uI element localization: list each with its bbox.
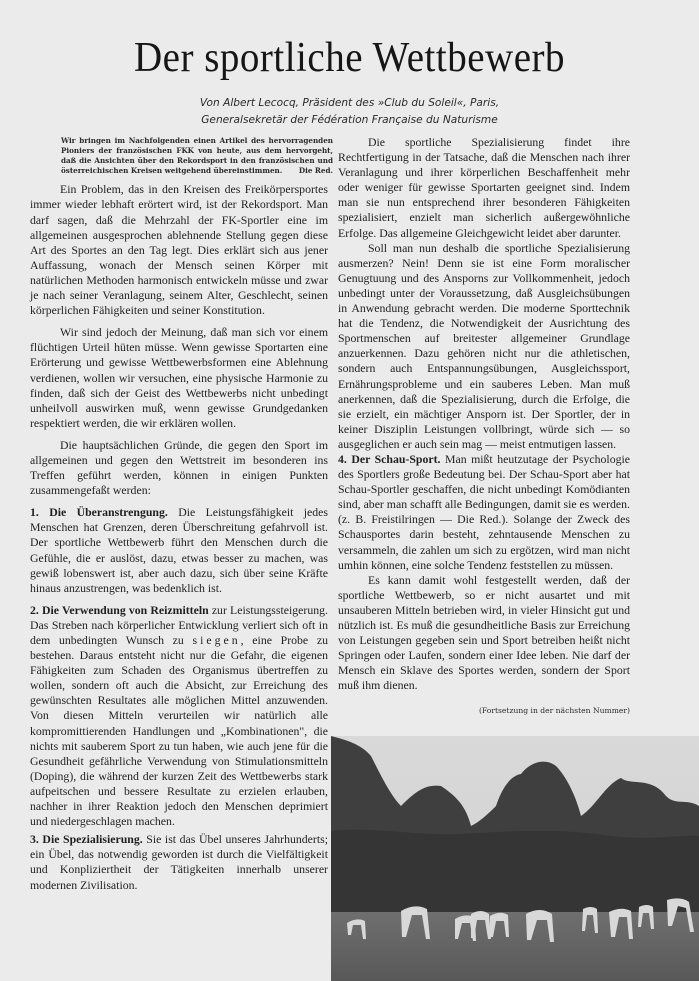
magazine-page: Der sportliche Wettbewerb Von Albert Lec… [0, 0, 699, 981]
article-byline: Von Albert Lecocq, Präsident des »Club d… [0, 95, 699, 129]
point-2-heading: 2. Die Verwendung von Reizmitteln [30, 603, 209, 617]
paragraph: Es kann damit wohl festgestellt werden, … [338, 573, 630, 694]
point-2-text-cont: , eine Probe zu bestehen. Daraus entsteh… [30, 633, 328, 828]
continued-note: (Fortsetzung in der nächsten Nummer) [338, 703, 630, 718]
editor-note: Wir bringen im Nachfolgenden einen Artik… [61, 136, 333, 176]
point-2-emphasis: siegen [193, 633, 241, 647]
byline-line-2: Generalsekretär der Fédération Française… [0, 112, 699, 129]
paragraph: Ein Problem, das in den Kreisen des Frei… [30, 182, 328, 318]
byline-line-1: Von Albert Lecocq, Präsident des »Club d… [0, 95, 699, 112]
paragraph: Soll man nun deshalb die sportliche Spez… [338, 241, 630, 452]
right-column: Die sportliche Spezialisierung findet ih… [338, 135, 630, 719]
point-2: 2. Die Verwendung von Reizmitteln zur Le… [30, 603, 328, 829]
point-3: 3. Die Spezialisierung. Sie ist das Übel… [30, 832, 328, 892]
editor-note-text: Wir bringen im Nachfolgenden einen Artik… [61, 136, 333, 175]
point-3-heading: 3. Die Spezialisierung. [30, 832, 143, 846]
paragraph: Die hauptsächlichen Gründe, die gegen de… [30, 438, 328, 498]
paragraph: Wir sind jedoch der Meinung, daß man sic… [30, 325, 328, 431]
editor-note-signature: Die Red. [299, 166, 333, 176]
point-4: 4. Der Schau-Sport. Man mißt heutzutage … [338, 452, 630, 573]
point-1: 1. Die Überanstrengung. Die Leistungsfäh… [30, 505, 328, 596]
left-column: Wir bringen im Nachfolgenden einen Artik… [30, 136, 328, 893]
paragraph: Die sportliche Spezialisierung findet ih… [338, 135, 630, 241]
article-title: Der sportliche Wettbewerb [0, 34, 699, 82]
point-4-heading: 4. Der Schau-Sport. [338, 452, 440, 466]
exercise-photo [331, 736, 699, 981]
point-4-text: Man mißt heutzutage der Psychologie des … [338, 452, 630, 572]
photo-illustration [331, 736, 699, 981]
point-1-heading: 1. Die Überanstrengung. [30, 505, 168, 519]
